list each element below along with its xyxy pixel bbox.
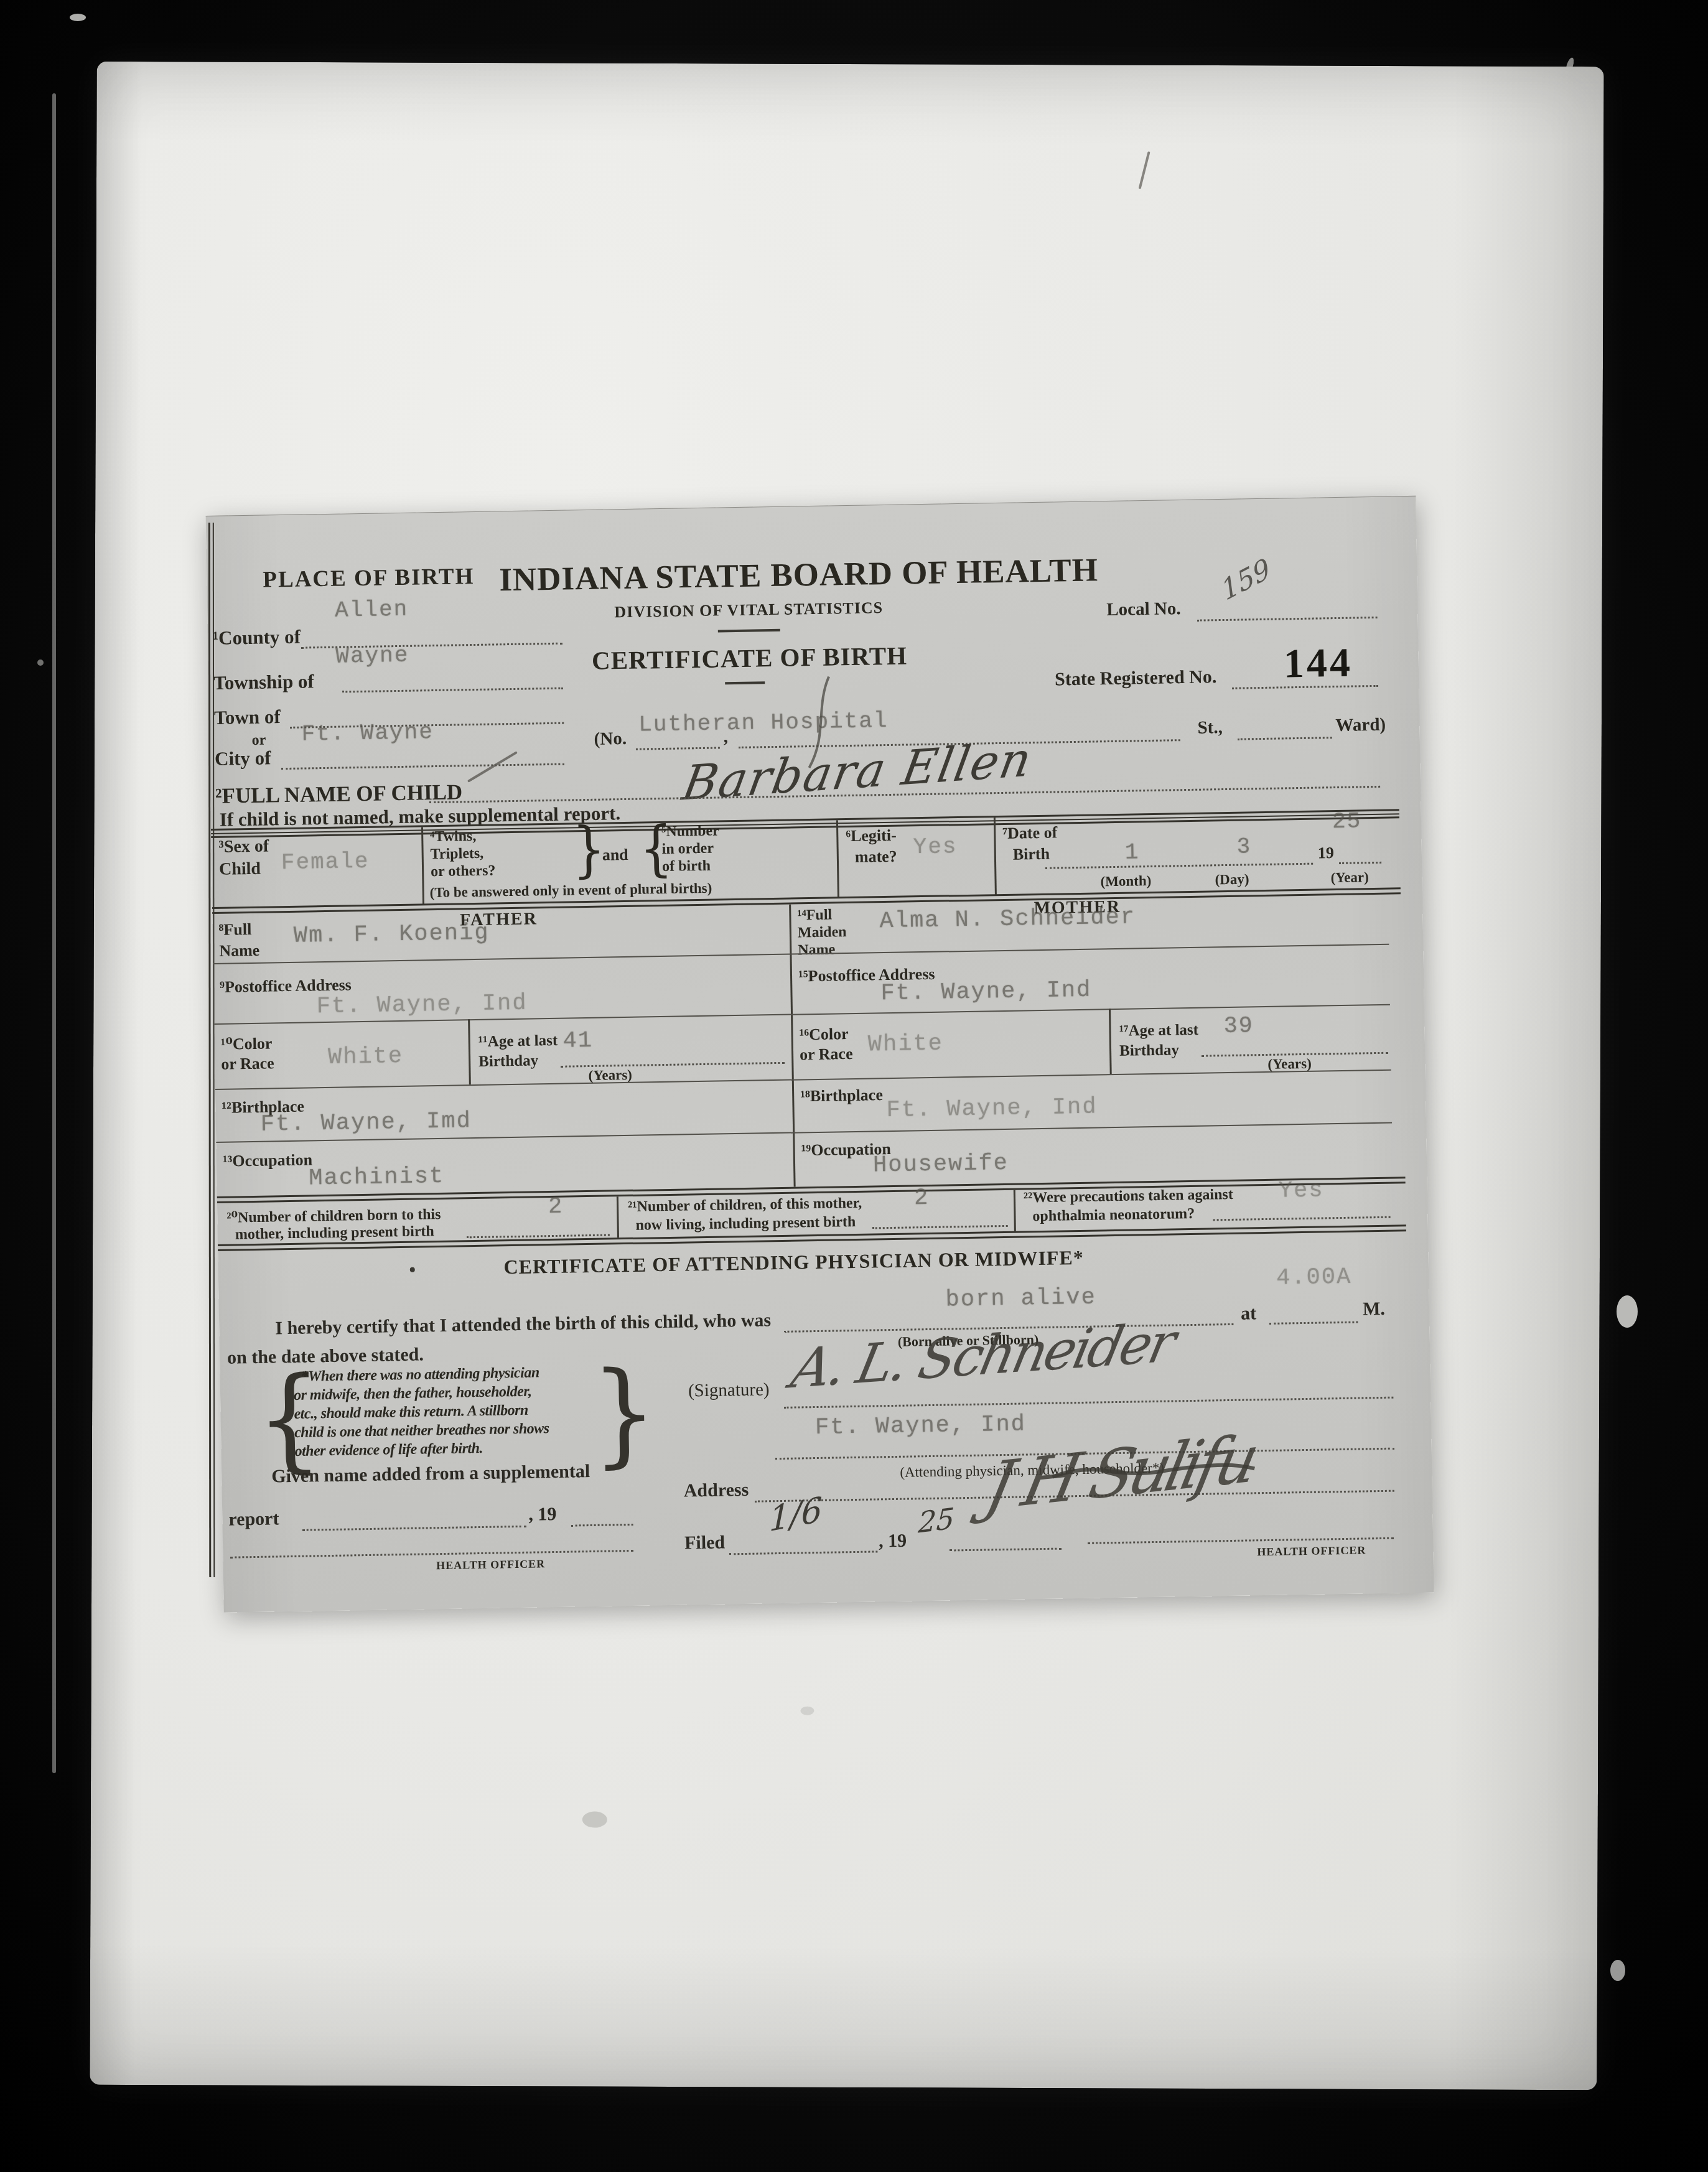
mother-age-label-line2: Birthday: [1119, 1042, 1179, 1060]
signature-label: (Signature): [688, 1379, 770, 1401]
smudge: [582, 1812, 607, 1828]
dob-month-label: (Month): [1100, 873, 1151, 890]
division-subtitle: DIVISION OF VITAL STATISTICS: [500, 597, 997, 623]
local-no-value: 159: [1218, 552, 1274, 608]
paper-page: PLACE OF BIRTH Allen ¹County of Wayne To…: [90, 62, 1603, 2090]
brace-right: }: [572, 814, 606, 885]
meridiem-label: M.: [1363, 1298, 1385, 1320]
mother-birthplace-value: Ft. Wayne, Ind: [886, 1094, 1098, 1124]
children-living-label-line2: now living, including present birth: [635, 1214, 856, 1234]
father-name-label-line1: ⁸Full: [218, 920, 251, 939]
children-born-value: 2: [548, 1194, 564, 1220]
mother-name-label-line1: ¹⁴Full: [797, 907, 832, 924]
local-no-label: Local No.: [1106, 599, 1181, 620]
twins-label-line2: Triplets,: [430, 846, 483, 863]
city-line: [281, 763, 564, 770]
filed-year-value: 25: [917, 1501, 955, 1540]
father-age-line: [561, 1062, 785, 1068]
filed-day-value: 1/6: [769, 1489, 823, 1540]
father-occupation-label: ¹³Occupation: [223, 1150, 313, 1170]
stray-dot: [410, 1267, 415, 1272]
father-race-label-line1: ¹⁰Color: [220, 1034, 272, 1053]
father-mother-divider: [789, 905, 796, 1187]
cell-divider: [1014, 1190, 1016, 1231]
signature-line: [784, 1397, 1394, 1409]
number-label-line2: in order: [661, 841, 714, 858]
mother-name-label-line2: Maiden: [798, 924, 847, 941]
legitimate-label-line2: mate?: [855, 847, 897, 867]
mother-occupation-value: Housewife: [873, 1150, 1009, 1179]
birth-certificate-form: PLACE OF BIRTH Allen ¹County of Wayne To…: [206, 496, 1434, 1613]
dob-year-label: (Year): [1330, 869, 1369, 886]
stillborn-note-line5: other evidence of life after birth.: [294, 1440, 483, 1460]
at-line: [1269, 1321, 1358, 1325]
mother-age-unit: (Years): [1267, 1056, 1312, 1073]
place-of-birth-heading: PLACE OF BIRTH: [244, 562, 493, 594]
dob-year-value: 25: [1332, 808, 1362, 834]
precautions-line: [1213, 1216, 1391, 1221]
precautions-label-line1: ²²Were precautions taken against: [1024, 1186, 1233, 1207]
dob-line: [1045, 863, 1313, 869]
dob-day-value: 3: [1236, 834, 1251, 859]
no-label: (No.: [594, 729, 627, 750]
mother-name-value: Alma N. Schneider: [879, 904, 1136, 935]
cell-divider: [421, 827, 424, 905]
children-born-label-line2: mother, including present birth: [235, 1223, 434, 1243]
time-value: 4.00A: [1276, 1264, 1352, 1292]
county-value: Allen: [335, 597, 409, 623]
stillborn-note-line3: etc., should make this return. A stillbo…: [294, 1402, 528, 1423]
state-registered-label: State Registered No.: [1055, 666, 1217, 690]
stillborn-note-line4: child is one that neither breathes nor s…: [294, 1420, 549, 1442]
address-label: Address: [683, 1480, 749, 1502]
note-brace-right: }: [590, 1347, 658, 1480]
st-line: [1238, 737, 1332, 740]
scan-speck: [37, 660, 44, 666]
sex-value: Female: [281, 849, 370, 875]
cell-divider: [994, 818, 997, 895]
health-officer-label-left: HEALTH OFFICER: [379, 1557, 603, 1573]
local-no-line: [1197, 617, 1378, 622]
scan-speck: [70, 14, 86, 21]
mother-race-label-line1: ¹⁶Color: [799, 1025, 849, 1044]
state-registered-value: 144: [1283, 640, 1353, 688]
children-living-label-line1: ²¹Number of children, of this mother,: [628, 1195, 862, 1216]
sex-label-line1: ³Sex of: [218, 836, 269, 857]
smudge: [800, 1707, 814, 1715]
father-race-value: White: [328, 1043, 404, 1071]
no-comma: ,: [723, 727, 728, 747]
given-name-line: Given name added from a supplemental: [271, 1461, 590, 1487]
cell-divider: [1109, 1009, 1112, 1074]
plural-note: (To be answered only in event of plural …: [430, 880, 712, 902]
city-value: Ft. Wayne: [301, 719, 434, 747]
father-occupation-value: Machinist: [309, 1163, 445, 1192]
mother-po-value: Ft. Wayne, Ind: [880, 977, 1092, 1007]
number-label-line1: ⁵Number: [661, 823, 719, 841]
city-label: City of: [215, 747, 271, 770]
certify-line: I hereby certify that I attended the bir…: [275, 1310, 771, 1339]
report-label: report: [228, 1508, 279, 1530]
signature-address-value: Ft. Wayne, Ind: [815, 1411, 1027, 1441]
born-status-value: born alive: [945, 1285, 1096, 1313]
county-label: ¹County of: [213, 626, 301, 650]
scan-blob: [1610, 1960, 1625, 1981]
dob-label-line1: ⁷Date of: [1002, 823, 1057, 842]
st-label: St.,: [1197, 717, 1223, 739]
pen-slash: [467, 751, 518, 783]
dob-year-prefix: 19: [1318, 844, 1334, 862]
legitimate-label-line1: ⁶Legiti-: [846, 826, 897, 846]
mother-birthplace-label: ¹⁸Birthplace: [800, 1086, 883, 1106]
and-label: and: [602, 846, 628, 865]
cell-divider: [836, 820, 839, 898]
filed-line: [729, 1550, 877, 1555]
report-year-line: [571, 1524, 633, 1527]
scan-blob: [1617, 1295, 1638, 1328]
father-age-value: 41: [562, 1028, 593, 1055]
mother-name-label-line3: Name: [798, 941, 835, 959]
filed-label: Filed: [684, 1532, 726, 1554]
physician-heading: CERTIFICATE OF ATTENDING PHYSICIAN OR MI…: [482, 1246, 1104, 1279]
filed-signature-line: [1088, 1537, 1394, 1544]
ward-label: Ward): [1335, 715, 1386, 736]
father-age-unit: (Years): [588, 1067, 632, 1084]
township-value: Wayne: [335, 643, 409, 669]
mother-race-label-line2: or Race: [800, 1045, 853, 1064]
stillborn-note-line1: *When there was no attending physician: [301, 1364, 539, 1385]
number-label-line3: of birth: [662, 858, 711, 875]
pen-mark: [1139, 151, 1150, 189]
father-name-value: Wm. F. Koenig: [294, 920, 490, 949]
town-label: Town of: [214, 706, 281, 729]
hospital-value: Lutheran Hospital: [638, 708, 889, 738]
scan-streak: [52, 93, 56, 1773]
father-name-label-line2: Name: [219, 941, 259, 961]
report-year-prefix: , 19: [528, 1504, 557, 1526]
dob-month-value: 1: [1124, 839, 1139, 865]
full-name-label: ²FULL NAME OF CHILD: [215, 780, 463, 809]
health-officer-label-right: HEALTH OFFICER: [1257, 1544, 1366, 1559]
dob-year-line: [1339, 862, 1381, 864]
township-label: Township of: [213, 670, 314, 694]
divider-dash: [718, 629, 780, 633]
filed-year-line: [950, 1548, 1062, 1552]
mother-race-value: White: [868, 1031, 944, 1058]
at-label: at: [1241, 1303, 1257, 1324]
mother-age-value: 39: [1223, 1013, 1254, 1040]
cell-divider: [468, 1019, 471, 1084]
board-title: INDIANA STATE BOARD OF HEALTH: [499, 553, 997, 599]
father-age-label-line2: Birthday: [478, 1052, 538, 1071]
mother-age-label-line1: ¹⁷Age at last: [1119, 1022, 1198, 1040]
divider-dash: [725, 681, 765, 684]
stillborn-note-line2: or midwife, then the father, householder…: [294, 1384, 532, 1404]
father-po-value: Ft. Wayne, Ind: [316, 990, 528, 1020]
full-name-value: Barbara Ellen: [678, 731, 1037, 811]
cell-divider: [617, 1196, 619, 1237]
report-line: [302, 1526, 526, 1531]
father-race-label-line2: or Race: [221, 1054, 274, 1073]
precautions-value: Yes: [1279, 1177, 1324, 1204]
precautions-label-line2: ophthalmia neonatorum?: [1032, 1206, 1195, 1225]
township-line: [342, 687, 563, 693]
dob-day-label: (Day): [1215, 871, 1249, 888]
father-age-label-line1: ¹¹Age at last: [478, 1032, 558, 1051]
dob-label-line2: Birth: [1013, 845, 1050, 864]
twins-label-line3: or others?: [431, 862, 496, 880]
twins-label-line1: ⁴Twins,: [430, 828, 477, 846]
no-line: [636, 747, 720, 750]
certificate-title: CERTIFICATE OF BIRTH: [500, 639, 999, 677]
physician-signature: A. L. Schneider: [786, 1312, 1179, 1401]
filed-year-prefix: , 19: [879, 1531, 907, 1552]
father-birthplace-value: Ft. Wayne, Imd: [261, 1108, 472, 1138]
children-living-value: 2: [914, 1185, 930, 1211]
children-living-line: [872, 1225, 1008, 1229]
sex-label-line2: Child: [219, 859, 261, 880]
scanned-document: PLACE OF BIRTH Allen ¹County of Wayne To…: [0, 0, 1708, 2172]
legitimate-value: Yes: [913, 834, 957, 860]
